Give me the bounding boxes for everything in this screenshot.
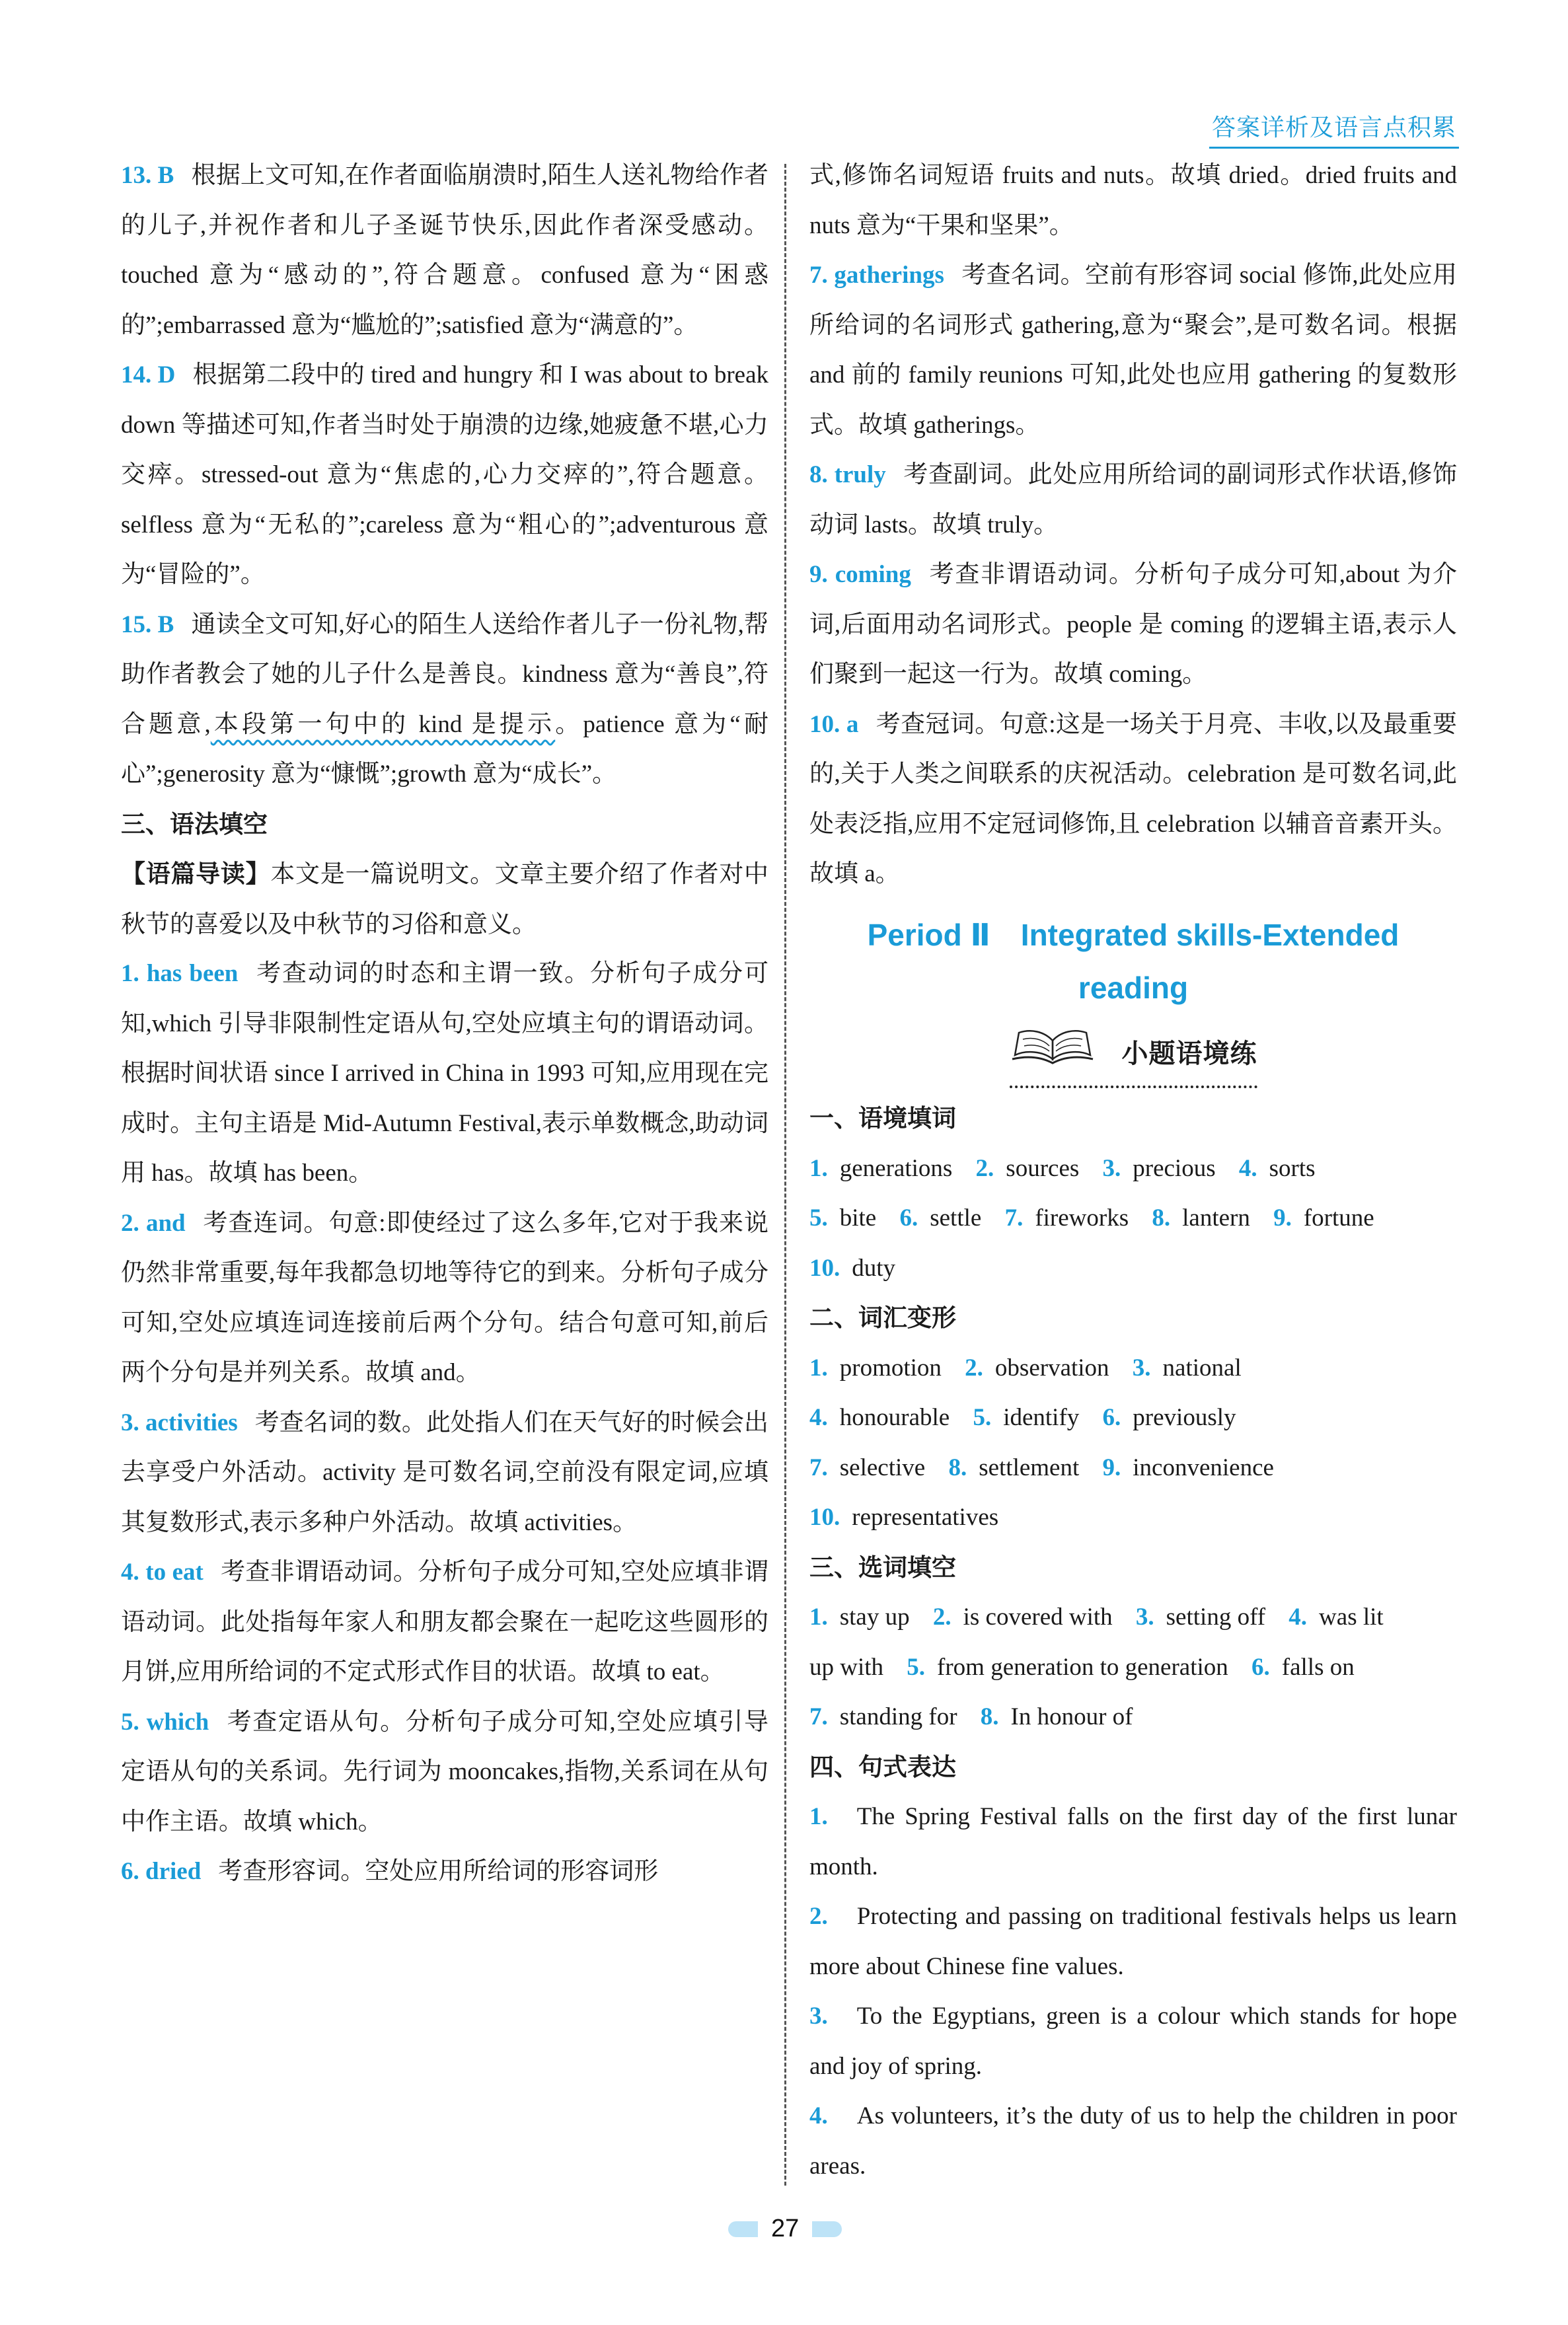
grammar-answer-8: 8. truly考查副词。此处应用所给词的副词形式作状语,修饰动词 lasts。… [809,450,1457,550]
item-number: 7. [1005,1204,1024,1232]
item-number: 1. [809,1803,828,1830]
item-number: 1. [809,1155,828,1182]
section-heading-grammar: 三、语法填空 [121,799,768,850]
left-column: 13. B根据上文可知,在作者面临崩溃时,陌生人送礼物给作者的儿子,并祝作者和儿… [121,151,768,1897]
item-number: 5. [973,1404,991,1431]
vocab-row: 5.bite 6.settle 7.fireworks 8.lantern 9.… [809,1193,1457,1243]
item-number: 2. [809,1903,828,1930]
answer-label: 15. B [121,611,174,638]
item-answer: setting off [1166,1604,1265,1631]
wavy-underlined-hint: 本段第一句中的 kind 是提示 [211,711,555,738]
answer-14: 14. D根据第二段中的 tired and hungry 和 I was ab… [121,350,768,600]
word-form-row: 10.representatives [809,1493,1457,1543]
item-number: 2. [965,1354,983,1382]
item-answer: is covered with [963,1604,1113,1631]
item-answer: standing for [840,1703,957,1730]
answer-label: 2. and [121,1210,186,1237]
item-answer: fortune [1304,1204,1374,1232]
item-answer: fireworks [1035,1204,1129,1232]
vocab-row: 10.duty [809,1243,1457,1294]
phrase-row: 7.standing for 8.In honour of [809,1692,1457,1742]
item-answer: generations [840,1155,953,1182]
page-number: 27 [771,2215,799,2243]
item-number: 5. [809,1204,828,1232]
answer-label: 9. coming [809,561,911,588]
answer-13: 13. B根据上文可知,在作者面临崩溃时,陌生人送礼物给作者的儿子,并祝作者和儿… [121,151,768,350]
sentence-text: Protecting and passing on traditional fe… [809,1903,1457,1980]
column-divider [784,164,786,2186]
item-number: 5. [907,1654,925,1681]
item-number: 3. [1136,1604,1154,1631]
answer-explanation: 考查动词的时态和主谓一致。分析句子成分可知,which 引导非限制性定语从句,空… [121,960,768,1187]
item-number: 3. [1133,1354,1151,1382]
answer-explanation: 考查冠词。句意:这是一场关于月亮、丰收,以及最重要的,关于人类之间联系的庆祝活动… [809,711,1457,888]
item-number: 6. [1251,1654,1270,1681]
phrase-row: up with 5.from generation to generation … [809,1642,1457,1693]
item-number: 4. [1239,1155,1257,1182]
item-number: 4. [809,2102,828,2129]
grammar-answer-2: 2. and考查连词。句意:即使经过了这么多年,它对于我来说仍然非常重要,每年我… [121,1199,768,1398]
answer-label: 10. a [809,711,858,738]
answer-label: 4. to eat [121,1559,204,1586]
answer-explanation: 根据上文可知,在作者面临崩溃时,陌生人送礼物给作者的儿子,并祝作者和儿子圣诞节快… [121,162,768,339]
item-number: 4. [1288,1604,1307,1631]
item-number: 6. [899,1204,918,1232]
item-answer: settlement [979,1454,1079,1481]
grammar-answer-1: 1. has been考查动词的时态和主谓一致。分析句子成分可知,which 引… [121,949,768,1199]
page-pill-right-decoration [812,2221,842,2237]
item-answer: was lit [1319,1604,1384,1631]
answer-explanation: 考查连词。句意:即使经过了这么多年,它对于我来说仍然非常重要,每年我都急切地等待… [121,1210,768,1387]
item-number: 1. [809,1354,828,1382]
grammar-answer-3: 3. activities考查名词的数。此处指人们在天气好的时候会出去享受户外活… [121,1398,768,1548]
item-number: 8. [1152,1204,1170,1232]
page-pill-left-decoration [728,2221,758,2237]
answer-explanation: 考查形容词。空处应用所给词的形容词形 [218,1858,658,1885]
sentence-text: As volunteers, it’s the duty of us to he… [809,2102,1457,2180]
word-form-row: 1.promotion 2.observation 3.national [809,1343,1457,1393]
answer-15: 15. B通读全文可知,好心的陌生人送给作者儿子一份礼物,帮助作者教会了她的儿子… [121,600,768,799]
item-number: 10. [809,1504,840,1531]
item-answer: duty [852,1255,895,1282]
item-number: 1. [809,1604,828,1631]
item-answer: representatives [852,1504,998,1531]
section-heading-sentences: 四、句式表达 [809,1742,1457,1792]
grammar-answer-10: 10. a考查冠词。句意:这是一场关于月亮、丰收,以及最重要的,关于人类之间联系… [809,700,1457,899]
item-answer: from generation to generation [937,1654,1228,1681]
section-heading-phrase-fill: 三、选词填空 [809,1543,1457,1593]
practice-title: 小题语境练 [1122,1029,1257,1080]
answer-label: 1. has been [121,960,238,987]
item-answer: falls on [1282,1654,1355,1681]
answer-explanation: 根据第二段中的 tired and hungry 和 I was about t… [121,361,768,588]
answer-label: 7. gatherings [809,262,944,289]
answer-label: 6. dried [121,1858,201,1885]
answer-label: 13. B [121,162,174,189]
answer-label: 14. D [121,361,175,388]
grammar-answer-6: 6. dried考查形容词。空处应用所给词的形容词形 [121,1847,768,1897]
item-answer: selective [840,1454,925,1481]
answer-label: 5. which [121,1709,209,1736]
grammar-answer-7: 7. gatherings考查名词。空前有形容词 social 修饰,此处应用所… [809,250,1457,450]
answer-explanation: 考查定语从句。分析句子成分可知,空处应填引导定语从句的关系词。先行词为 moon… [121,1709,768,1835]
guide-label: 【语篇导读】 [121,860,270,888]
answer-label: 3. activities [121,1409,238,1436]
page-header-title: 答案详析及语言点积累 [1209,109,1459,149]
item-answer: bite [840,1204,876,1232]
item-answer: sources [1006,1155,1079,1182]
item-answer: promotion [840,1354,942,1382]
answer-label: 8. truly [809,461,886,488]
item-answer: identify [1003,1404,1079,1431]
item-number: 9. [1273,1204,1292,1232]
item-answer: honourable [840,1404,950,1431]
item-answer: national [1163,1354,1242,1382]
item-answer: stay up [840,1604,910,1631]
item-number: 6. [1103,1404,1121,1431]
answer-explanation: 考查副词。此处应用所给词的副词形式作状语,修饰动词 lasts。故填 truly… [809,461,1457,538]
grammar-answer-9: 9. coming考查非谓语动词。分析句子成分可知,about 为介词,后面用动… [809,550,1457,700]
practice-banner: 小题语境练 [809,1026,1457,1089]
item-number: 2. [976,1155,994,1182]
passage-guide: 【语篇导读】本文是一篇说明文。文章主要介绍了作者对中秋节的喜爱以及中秋节的习俗和… [121,849,768,949]
item-answer: precious [1133,1155,1215,1182]
item-answer: inconvenience [1133,1454,1274,1481]
sentence-item: 4.As volunteers, it’s the duty of us to … [809,2091,1457,2191]
item-number: 8. [948,1454,967,1481]
item-answer: observation [995,1354,1109,1382]
word-form-row: 7.selective 8.settlement 9.inconvenience [809,1443,1457,1493]
item-number: 7. [809,1454,828,1481]
section-heading-vocab-fill: 一、语境填词 [809,1093,1457,1144]
sentence-text: The Spring Festival falls on the first d… [809,1803,1457,1880]
page-number-badge: 27 [728,2215,842,2243]
open-book-icon [1010,1026,1096,1084]
period-title: Period Ⅱ Integrated skills-Extended read… [809,908,1457,1014]
vocab-row: 1.generations 2.sources 3.precious 4.sor… [809,1144,1457,1194]
sentence-item: 2.Protecting and passing on traditional … [809,1892,1457,1991]
item-number: 3. [1103,1155,1121,1182]
grammar-answer-5: 5. which考查定语从句。分析句子成分可知,空处应填引导定语从句的关系词。先… [121,1697,768,1847]
answer-explanation: 考查非谓语动词。分析句子成分可知,空处应填非谓语动词。此处指每年家人和朋友都会聚… [121,1559,768,1685]
sentence-item: 3.To the Egyptians, green is a colour wh… [809,1991,1457,2091]
right-column: 式,修饰名词短语 fruits and nuts。故填 dried。dried … [809,151,1457,2191]
item-answer: sorts [1269,1155,1316,1182]
item-number: 3. [809,2003,828,2030]
item-answer: In honour of [1011,1703,1133,1730]
phrase-row: 1.stay up 2.is covered with 3.setting of… [809,1592,1457,1642]
item-number: 10. [809,1255,840,1282]
sentence-text: To the Egyptians, green is a colour whic… [809,2003,1457,2080]
item-answer: previously [1133,1404,1236,1431]
item-number: 8. [981,1703,999,1730]
item-answer-continued: up with [809,1654,883,1681]
continued-explanation: 式,修饰名词短语 fruits and nuts。故填 dried。dried … [809,151,1457,250]
item-number: 9. [1103,1454,1121,1481]
grammar-answer-4: 4. to eat考查非谓语动词。分析句子成分可知,空处应填非谓语动词。此处指每… [121,1547,768,1697]
section-heading-word-forms: 二、词汇变形 [809,1293,1457,1343]
item-answer: lantern [1182,1204,1250,1232]
word-form-row: 4.honourable 5.identify 6.previously [809,1393,1457,1443]
item-number: 2. [933,1604,952,1631]
item-number: 4. [809,1404,828,1431]
item-number: 7. [809,1703,828,1730]
item-answer: settle [930,1204,981,1232]
sentence-item: 1.The Spring Festival falls on the first… [809,1792,1457,1892]
